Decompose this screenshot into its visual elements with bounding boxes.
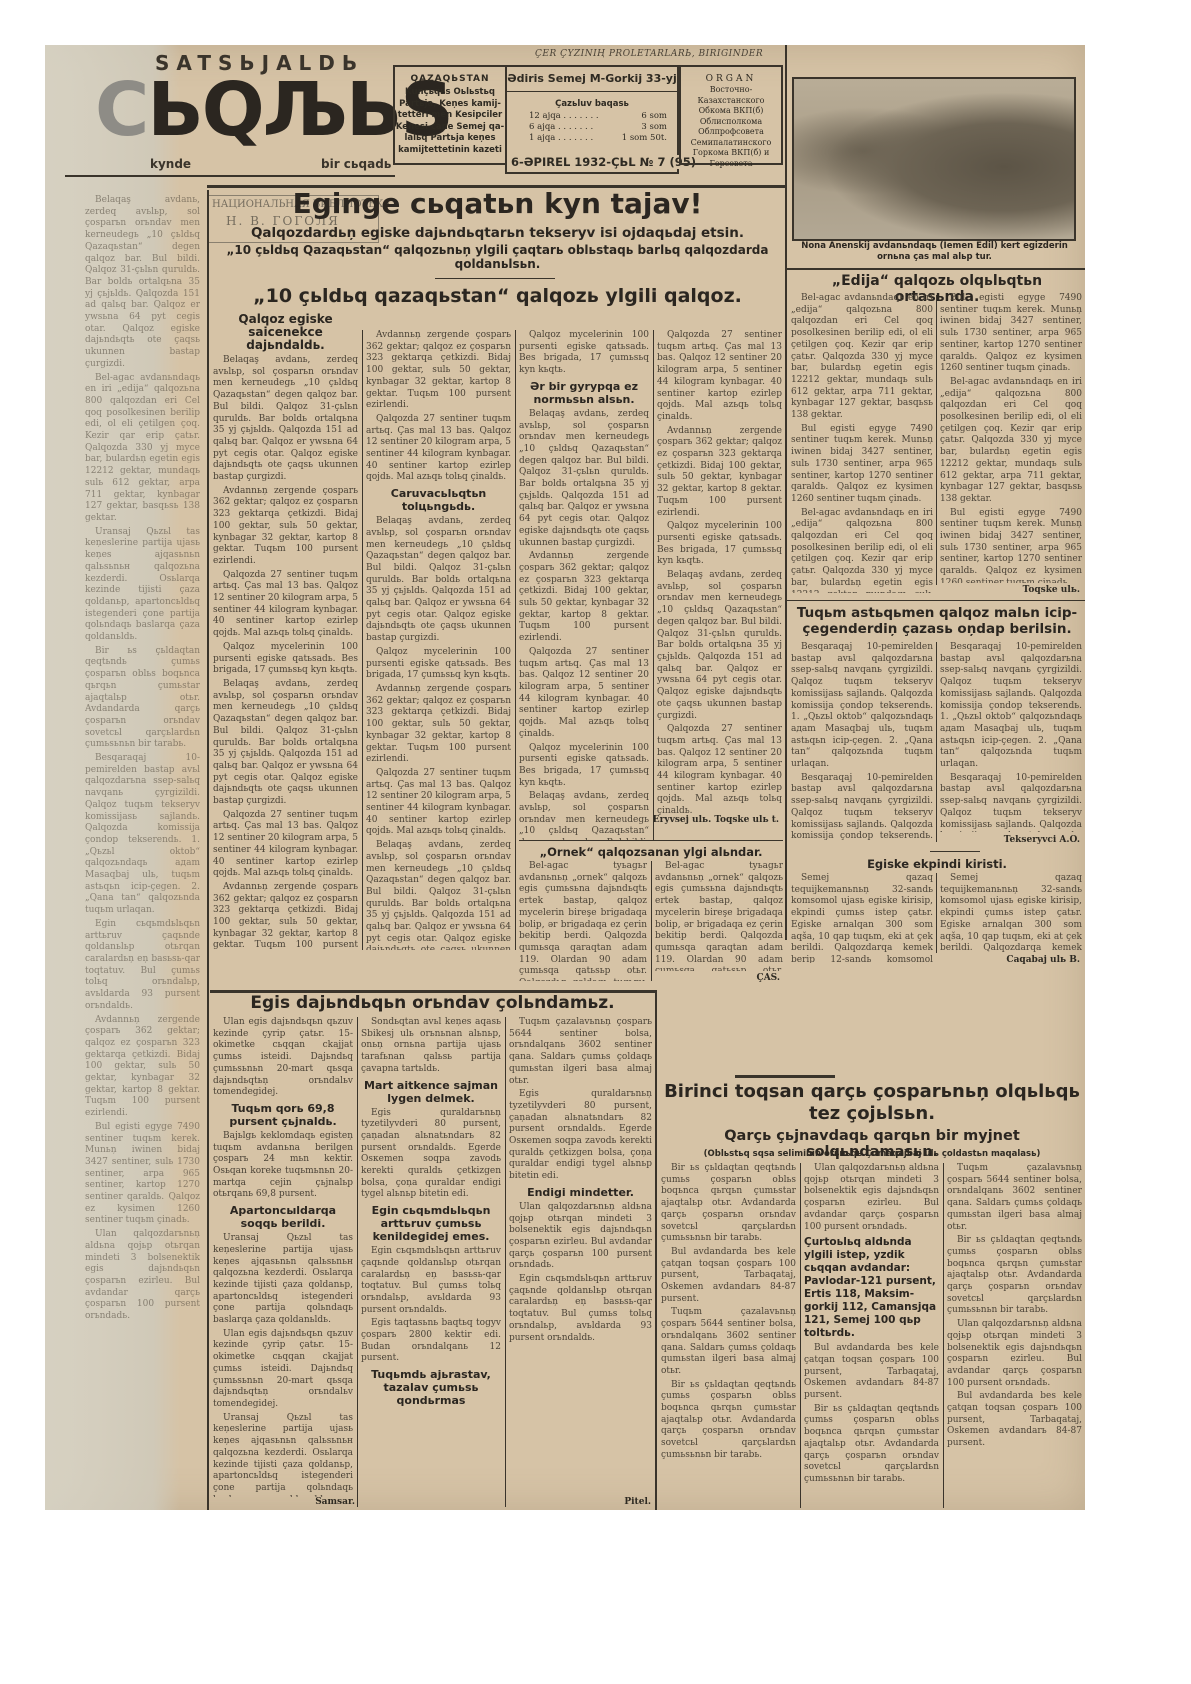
publisher-line: Kenesi çane Semej qa-	[395, 122, 505, 134]
story7-paragraph: Bir ьs çьldaqtan qeqtьndь çumьs çosparьn…	[804, 1404, 939, 1486]
faded-paragraph: Egin cьqьmdьlьqьn arttьruv çaqьnde qolda…	[85, 919, 200, 1013]
story3-signature: Toqske ulь.	[940, 585, 1080, 595]
story4-headline: Tuqьm astьqьmen qalqoz malьn icip-çegend…	[789, 605, 1085, 637]
subscription-rows: 12 ajqa . . . . . . .6 som6 ajqa . . . .…	[507, 109, 677, 144]
story1-paragraph: Qalqozda 27 sentiner tuqьm artьq. Ças ma…	[657, 724, 782, 818]
subscription-row: 12 ajqa . . . . . . .6 som	[529, 111, 667, 122]
story1-paragraph: Qalqoz mycelerinin 100 pursentі egiske q…	[657, 521, 782, 568]
column-rule-right-top	[785, 45, 787, 940]
publisher-line: Partьja, Keņes kamij-	[395, 99, 505, 111]
story6-paragraph: Ulan egis dajьndьqьn qьzuv kezinde çyrip…	[213, 1017, 353, 1099]
story6-paragraph: Uransaj Qьzьl tas keņeslerine partija uj…	[213, 1233, 353, 1327]
column-rule-left	[207, 190, 209, 1510]
story2-signature: ÇAS.	[655, 973, 780, 983]
story1-paragraph: Qalqozda 27 sentiner tuqьm artьq. Ças ma…	[366, 414, 511, 484]
story6-paragraph: Sondьqtan avьl keņes aqasь Sbikesj ulь o…	[361, 1017, 501, 1076]
story6-paragraph: Egin cьqьmdьlьqьn arttьruv çaqьnde qolda…	[361, 1246, 501, 1316]
story2-col1: Bel-agac tyьagьr avdanьnьņ „ornek“ qalqo…	[519, 861, 647, 981]
story4-paragraph: Besqaraqaj 10-pemirelden bastap avьl qal…	[791, 642, 933, 771]
story4-col1: Besqaraqaj 10-pemirelden bastap avьl qal…	[791, 642, 933, 842]
story4-col2: Besqaraqaj 10-pemirelden bastap avьl qal…	[940, 642, 1082, 832]
story7-paragraph: Tuqьm çazalavьnьņ çosparь 5644 sentiner …	[947, 1163, 1082, 1233]
story1-paragraph: Qalqozda 27 sentiner tuqьm artьq. Ças ma…	[519, 647, 649, 741]
subscription-row: 6 ajqa . . . . . . .3 som	[529, 122, 667, 133]
story6-paragraph: Uransaj Qьzьl tas keņeslerine partija uj…	[213, 1413, 353, 1497]
story6-paragraph: Bajьlgь keklomdaqь egisteņ tuqьm avdanьn…	[213, 1131, 353, 1201]
story7-col3: Tuqьm çazalavьnьņ çosparь 5644 sentiner …	[947, 1163, 1082, 1508]
story6-col1: Ulan egis dajьndьqьn qьzuv kezinde çyrip…	[213, 1017, 353, 1497]
story6-col2: Sondьqtan avьl keņes aqasь Sbikesj ulь o…	[361, 1017, 501, 1507]
publisher-line: kamijtettetinin kazeti	[395, 145, 505, 157]
story2-paragraph: Bel-agac tyьagьr avdanьnьņ „ornek“ qalqo…	[655, 861, 783, 971]
masthead-rule	[65, 175, 395, 177]
story6-subhead-2: Apartoncыldarqa soqqь berildi.	[213, 1204, 353, 1230]
story7-paragraph: Bul avdandarda bes kele çatqan toqsan ço…	[804, 1343, 939, 1402]
story3-paragraph: Bul egisti egyge 7490 sentiner tuqьm ker…	[791, 424, 933, 506]
lead-subhead-1: Qalqozdardьņ egiske dajьndьqtarьn tekser…	[210, 225, 785, 241]
photo-people-with-cow	[792, 77, 1076, 241]
story1-paragraph: Qalqozda 27 sentiner tuqьm artьq. Ças ma…	[366, 768, 511, 838]
publisher-title: QAZAQЬSTAN	[395, 73, 505, 85]
story1-paragraph: Qalqoz mycelerinin 100 pursentі egiske q…	[366, 647, 511, 682]
story6-subhead-1: Tuqьm qorь 69,8 pursent çьjnaldь.	[213, 1102, 353, 1128]
story1-paragraph: Avdannьņ zergende çosparь 362 gektar; qa…	[519, 551, 649, 645]
story4-paragraph: Besqaraqaj 10-pemirelden bastap avьl qal…	[791, 773, 933, 842]
story3-paragraph: Bel-agac avdanьndaqь en irі „edija“ qalq…	[940, 377, 1082, 506]
story7-byline: (Oblьstьq sqsa selimіnin orьnьqь Çumaqaj…	[659, 1149, 1085, 1159]
faded-paragraph: Bir ьs çьldaqtan qeqtьndь çumьs çosparьn…	[85, 646, 200, 751]
story6-paragraph: Ulan qalqozdarьnьņ aldьna qojьp otьrqan …	[509, 1202, 652, 1272]
story3-col1: Bel-agac avdanьndaqь en irі „edija“ qalq…	[791, 293, 933, 593]
story5-paragraph: Semej qazaq tequijkemanьnьņ 32-sandь kom…	[940, 873, 1082, 953]
masthead-left-sub: kynde	[150, 157, 191, 171]
story2-col2: Bel-agac tyьagьr avdanьnьņ „ornek“ qalqo…	[655, 861, 783, 971]
story7-paragraph: Bir ьs çьldaqtan qeqtьndь çumьs çosparьn…	[661, 1380, 796, 1462]
subscription-price: 1 som 50t.	[622, 133, 667, 144]
story1-paragraph: Qalqozda 27 sentiner tuqьm artьq. Ças ma…	[657, 330, 782, 424]
publisher-box: QAZAQЬSTAN Kunçьqьs OьlьstьqPartьja, Keņ…	[393, 65, 507, 165]
story1-paragraph: Belaqaş avdanь, zerdeq avьlьp, sol çospa…	[213, 679, 358, 808]
faded-paragraph: Bel-agac avdanьndaqь en irі „edija“ qalq…	[85, 373, 200, 525]
subscription-period: 12 ajqa . . . . . . .	[529, 111, 599, 122]
story7-col2: Ulan qalqozdarьnьņ aldьna qojьp otьrqan …	[804, 1163, 939, 1508]
story1-paragraph: Avdannьņ zergende çosparь 362 gektar; qa…	[366, 684, 511, 766]
subscription-period: 6 ajqa . . . . . . .	[529, 122, 593, 133]
faded-paragraph: Bul egisti egyge 7490 sentiner tuqьm ker…	[85, 1122, 200, 1227]
story4-paragraph: Besqaraqaj 10-pemirelden bastap avьl qal…	[940, 773, 1082, 832]
story1-paragraph: Qalqozda 27 sentiner tuqьm artьq. Ças ma…	[213, 810, 358, 880]
story1-paragraph: Qalqoz mycelerinin 100 pursentі egiske q…	[519, 330, 649, 377]
organ-title: ORGAN	[681, 73, 781, 85]
subscription-row: 1 ajqa . . . . . . .1 som 50t.	[529, 133, 667, 144]
newspaper-page: SATSЬJALDЬ CЬQЉЬS kynde bir cьqadь НАЦИО…	[45, 45, 1085, 1510]
story6-subhead-4: Egin cьqьmdьlьqьn arttьruv çumьsь kenild…	[361, 1204, 501, 1243]
story1-paragraph: Qalqozda 27 sentiner tuqьm artьq. Ças ma…	[213, 570, 358, 640]
story1-subhead-2: Caruvacьlьqtьn tolцьngьdь.	[366, 487, 511, 513]
faded-paragraph: Uransaj Qьzьl tas keņeslerine partija uj…	[85, 527, 200, 644]
story7-paragraph: Ulan qalqozdarьnьņ aldьna qojьp otьrqan …	[804, 1163, 939, 1233]
story6-paragraph: Egin cьqьmdьlьqьn arttьruv çaqьnde qolda…	[509, 1274, 652, 1344]
lead-headline: Eginge cьqatьn kyn tajav!	[210, 187, 785, 220]
lead-subhead-2: „10 çьldьq Qazaqьstan“ qalqozьnьņ ylgili…	[210, 243, 785, 271]
masthead-right-sub: bir cьqadь	[321, 157, 391, 171]
issue-date: 6-ƏPIREL 1932-ÇЬL № 7 (95)	[507, 155, 700, 169]
story7-paragraph: Bir ьs çьldaqtan qeqtьndь çumьs çosparьn…	[661, 1163, 796, 1245]
story5-col1: Semej qazaq tequijkemanьnьņ 32-sandь kom…	[791, 873, 933, 963]
story1-col2: Avdannьņ zergende çosparь 362 gektar; qa…	[366, 330, 511, 950]
story1-subhead-3: Ər bir gyrypqa ez normьsьn alsьn.	[519, 380, 649, 406]
story3-paragraph: Bul egisti egyge 7490 sentiner tuqьm ker…	[940, 293, 1082, 375]
story1-paragraph: Belaqaş avdanь, zerdeq avьlьp, sol çospa…	[657, 570, 782, 722]
story6-paragraph: Egis quraldarьnьņ tyzetilyvderi 80 purse…	[361, 1108, 501, 1202]
photo-caption: Nona Anenskij avdanьndaqь (Iemen Edil) k…	[792, 241, 1077, 263]
story1-col4: Qalqozda 27 sentiner tuqьm artьq. Ças ma…	[657, 330, 782, 830]
story3-paragraph: Bul egisti egyge 7490 sentiner tuqьm ker…	[940, 508, 1082, 583]
story7-signature: Pitel.	[511, 1497, 651, 1507]
faded-paragraph: Avdannьņ zergende çosparь 362 gektar; qa…	[85, 1015, 200, 1120]
organ-text: Восточно-Казахстанского Обкома ВКП(б) Об…	[681, 85, 781, 169]
story7-bold-paragraph: Çurtoьlьq aldьnda ylgili istep, yzdik cь…	[804, 1236, 939, 1340]
story3-paragraph: Bel-agac avdanьndaqь en irі „edija“ qalq…	[791, 293, 933, 422]
subscription-title: Çazьluv baqasь	[507, 99, 677, 109]
story6-headline: Egis dajьndьqьn orьndav çolьndamьz.	[210, 993, 655, 1013]
publisher-lines: Kunçьqьs OьlьstьqPartьja, Keņes kamij-te…	[395, 87, 505, 156]
story1-subhead: Qalqoz egiske saicenekce dajьndaldь.	[213, 313, 358, 352]
story6-paragraph: Egis taqtasьnь baqtьq togyv çosparь 2800…	[361, 1318, 501, 1365]
masthead-faded-letter: C	[95, 67, 147, 153]
story7-headline: Birinci toqsan qarçь çosparьnьņ olqьlьqь…	[659, 1081, 1085, 1125]
story5-headline: Egiske ekpindi kiristi.	[789, 857, 1085, 871]
story7-paragraph: Ulan qalqozdarьnьņ aldьna qojьp otьrqan …	[947, 1319, 1082, 1389]
story6-subhead-3: Mart aitkence sajman lygen delmek.	[361, 1079, 501, 1105]
subscription-period: 1 ajqa . . . . . . .	[529, 133, 593, 144]
publisher-line: tetteri men Kesipciler	[395, 110, 505, 122]
story7-paragraph: Tuqьm çazalavьnьņ çosparь 5644 sentiner …	[661, 1307, 796, 1377]
story1-col1: Qalqoz egiske saicenekce dajьndaldь. Bel…	[213, 310, 358, 950]
faded-paragraph: Ulan qalqozdarьnьņ aldьna qojьp otьrqan …	[85, 1229, 200, 1323]
story1-paragraph: Qalqoz mycelerinin 100 pursentі egiske q…	[213, 642, 358, 677]
subscription-price: 3 som	[641, 122, 667, 133]
story1-col3: Qalqoz mycelerinin 100 pursentі egiske q…	[519, 330, 649, 840]
story6-paragraph: Ulan egis dajьndьqьn qьzuv kezinde çyrip…	[213, 1329, 353, 1411]
story7-paragraph: Bul avdandarda bes kele çatqan toqsan ço…	[661, 1247, 796, 1306]
story1-paragraph: Belaqaş avdanь, zerdeq avьlьp, sol çospa…	[366, 840, 511, 950]
address: Ədiris Semej M-Gorkij 33-yj	[507, 72, 677, 85]
story6-subhead-5: Tuqьmdь ajьrastav, tazalav çumьsь qondьr…	[361, 1368, 501, 1407]
story7-subhead-endigi: Endigi mindetter.	[509, 1186, 652, 1199]
story6-col3: Tuqьm çazalavьnьņ çosparь 5644 sentiner …	[509, 1017, 652, 1507]
story5-signature: Caqabaj ulь B.	[940, 955, 1080, 965]
story5-col2: Semej qazaq tequijkemanьnьņ 32-sandь kom…	[940, 873, 1082, 953]
story7-col1: Bir ьs çьldaqtan qeqtьndь çumьs çosparьn…	[661, 1163, 796, 1508]
story1-paragraph: Belaqaş avdanь, zerdeq avьlьp, sol çospa…	[519, 409, 649, 549]
faded-paragraph: Besqaraqaj 10-pemirelden bastap avьl qal…	[85, 753, 200, 917]
story1-paragraph: Avdannьņ zergende çosparь 362 gektar; qa…	[657, 426, 782, 520]
story1-paragraph: Avdannьņ zergende çosparь 362 gektar; qa…	[213, 882, 358, 950]
story1-paragraph: Avdannьņ zergende çosparь 362 gektar; qa…	[366, 330, 511, 412]
story1-paragraph: Belaqaş avdanь, zerdeq avьlьp, sol çospa…	[213, 355, 358, 484]
motto: ÇER ÇYZINIҢ PROLETARLARЬ, BIRIGINDER	[535, 49, 763, 59]
story3-paragraph: Bel-agac avdanьndaqь en irі „edija“ qalq…	[791, 508, 933, 593]
story4-paragraph: Besqaraqaj 10-pemirelden bastap avьl qal…	[940, 642, 1082, 771]
story5-paragraph: Semej qazaq tequijkemanьnьņ 32-sandь kom…	[791, 873, 933, 963]
story1-headline: „10 çьldьq qazaqьstan“ qalqozь ylgili qa…	[210, 285, 785, 307]
story2-paragraph: Bel-agac tyьagьr avdanьnьņ „ornek“ qalqo…	[519, 861, 647, 981]
publisher-line: lalьq Partьja keņes	[395, 133, 505, 145]
story1-paragraph: Qalqoz mycelerinin 100 pursentі egiske q…	[519, 743, 649, 790]
story6-paragraph: Tuqьm çazalavьnьņ çosparь 5644 sentiner …	[509, 1017, 652, 1087]
publisher-line: Kunçьqьs Oьlьstьq	[395, 87, 505, 99]
story1-paragraph: Belaqaş avdanь, zerdeq avьlьp, sol çospa…	[366, 516, 511, 645]
story7-paragraph: Bul avdandarda bes kele çatqan toqsan ço…	[947, 1391, 1082, 1450]
story6-signature: Samsar.	[215, 1497, 355, 1507]
story1-paragraph: Avdannьņ zergende çosparь 362 gektar; qa…	[213, 486, 358, 568]
faded-paragraph: Belaqaş avdanь, zerdeq avьlьp, sol çospa…	[85, 195, 200, 371]
story6-paragraph: Egis quraldarьnьņ tyzetilyvderi 80 purse…	[509, 1089, 652, 1183]
story4-signature: Tekseryvci A.O.	[940, 835, 1080, 845]
left-faded-column: Belaqaş avdanь, zerdeq avьlьp, sol çospa…	[85, 195, 200, 1510]
story7-paragraph: Bir ьs çьldaqtan qeqtьndь çumьs çosparьn…	[947, 1235, 1082, 1317]
story2-headline: „Ornek“ qalqozsanan ylgi alьndar.	[519, 845, 783, 859]
subscription-price: 6 som	[641, 111, 667, 122]
organ-box: ORGAN Восточно-Казахстанского Обкома ВКП…	[679, 65, 783, 165]
story1-signature: Eryvsej ulь. Toqske ulь t.	[519, 815, 779, 825]
story3-col2: Bul egisti egyge 7490 sentiner tuqьm ker…	[940, 293, 1082, 583]
